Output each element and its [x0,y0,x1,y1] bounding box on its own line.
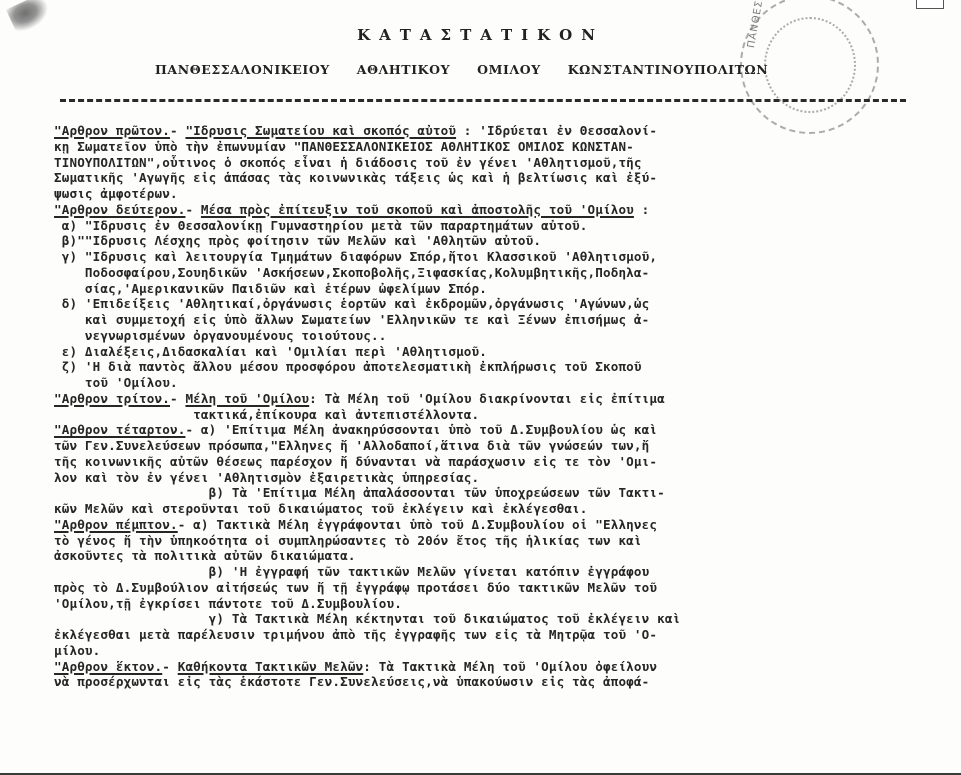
underlined-heading: "Ιδρυσις Σωματείου καὶ σκοπός αὐτοῦ [185,123,456,138]
text-segment: μίλου. [54,643,100,658]
underlined-heading: Καθήκοντα Τακτικῶν Μελῶν [178,659,364,674]
text-line: λον καὶ τὸν ἐν γένει 'Αθλητισμὸν ἐξαιρετ… [54,470,924,486]
text-segment: - α) 'Επίτιμα Μέλη ἀνακηρύσσονται ὑπὸ το… [185,422,657,437]
text-line: τὸ γένος ἤ τὴν ὑπηκοότητα οἱ συμπληρώσαν… [54,533,924,549]
text-line: "Αρθρον τέταρτον.- α) 'Επίτιμα Μέλη ἀνακ… [54,422,924,438]
text-segment: : Τὰ Τακτικὰ Μέλη τοῦ 'Ομίλου ὀφείλουν [363,659,657,674]
text-line: ζ) 'Η διὰ παντὸς ἄλλου μέσου προσφόρου ἀ… [54,359,924,375]
underlined-heading: "Αρθρον τρίτον. [54,391,170,406]
text-line: ε) Διαλέξεις,Διδασκαλίαι καὶ 'Ομιλίαι πε… [54,344,924,360]
text-segment: ζ) 'Η διὰ παντὸς ἄλλου μέσου προσφόρου ἀ… [54,359,642,374]
underlined-heading: "Αρθρον πέμπτον. [54,517,178,532]
text-segment: νὰ προσέρχωνται εἰς τὰς ἑκάστοτε Γεν.Συν… [54,674,649,689]
text-line: κῃ Σωματεῖον ὑπὸ τὴν ἐπωνυμίαν "ΠΑΝΘΕΣΣΑ… [54,139,924,155]
text-segment: - [185,202,200,217]
text-line: ψωσις ἀμφοτέρων. [54,186,924,202]
text-line: πρὸς τὸ Δ.Συμβούλιον αἰτήσεώς των ἤ τῇ ἐ… [54,580,924,596]
text-line: τοῦ 'Ομίλου. [54,375,924,391]
text-segment: σίας,'Αμερικανικῶν Παιδιῶν καὶ ἑτέρων ὠφ… [54,281,487,296]
text-segment: Ποδοσφαίρου,Σουηδικῶν 'Ασκήσεων,Σκοποβολ… [54,265,649,280]
text-segment: β) 'Η ἐγγραφή τῶν τακτικῶν Μελῶν γίνεται… [54,564,649,579]
text-line: ΤΙΝΟΥΠΟΛΙΤΩΝ",οὗτινος ὁ σκοπός εἶναι ἡ δ… [54,155,924,171]
document-subtitle: ΠΑΝΘΕΣΣΑΛΟΝΙΚΕΙΟΥ ΑΘΛΗΤΙΚΟΥ ΟΜΙΛΟΥ ΚΩΝΣΤ… [155,62,790,77]
text-segment: β) Τὰ 'Επίτιμα Μέλη ἀπαλάσσονται τῶν ὑπο… [54,485,665,500]
text-segment: τῶν Γεν.Συνελεύσεων πρόσωπα,"Ελληνες ἤ '… [54,438,649,453]
text-line: νὰ προσέρχωνται εἰς τὰς ἑκάστοτε Γεν.Συν… [54,674,924,690]
text-segment: : 'Ιδρύεται ἐν Θεσσαλονί- [456,123,657,138]
text-segment: ἀσκοῦντες τὰ πολιτικὰ αὐτῶν δικαιώματα. [54,548,356,563]
text-segment: κῃ Σωματεῖον ὑπὸ τὴν ἐπωνυμίαν "ΠΑΝΘΕΣΣΑ… [54,139,634,154]
text-line: δ) 'Επιδείξεις 'Αθλητικαί,ὀργάνωσις ἑορτ… [54,296,924,312]
text-line: "Αρθρον πρῶτον.- "Ιδρυσις Σωματείου καὶ … [54,123,924,139]
text-line: 'Ομίλου,τῇ ἐγκρίσει πάντοτε τοῦ Δ.Συμβου… [54,596,924,612]
text-line: β)""Ιδρυσις Λέσχης πρὸς φοίτησιν τῶν Μελ… [54,233,924,249]
underlined-heading: Μέλη τοῦ 'Ομίλου [185,391,309,406]
text-line: γ) Τὰ Τακτικὰ Μέλη κέκτηνται τοῦ δικαιώμ… [54,611,924,627]
text-line: νεγνωρισμένων ὀργανουμένους τοιούτους.. [54,328,924,344]
text-line: "Αρθρον δεύτερον.- Μέσα πρὸς ἐπίτευξιν τ… [54,202,924,218]
text-line: Σωματικῆς 'Αγωγῆς εἰς ἁπάσας τὰς κοινωνι… [54,170,924,186]
text-segment: καὶ συμμετοχή εἰς ὑπὸ ἄλλων Σωματείων 'Ε… [54,312,649,327]
text-segment: - [170,123,185,138]
corner-marker [916,0,944,9]
text-line: "Αρθρον τρίτον.- Μέλη τοῦ 'Ομίλου: Τὰ Μέ… [54,391,924,407]
text-line: καὶ συμμετοχή εἰς ὑπὸ ἄλλων Σωματείων 'Ε… [54,312,924,328]
text-segment: ε) Διαλέξεις,Διδασκαλίαι καὶ 'Ομιλίαι πε… [54,344,487,359]
text-line: ἐκλέγεσθαι μετὰ παρέλευσιν τριμήνου ἀπὸ … [54,627,924,643]
underlined-heading: "Αρθρον τέταρτον. [54,422,185,437]
text-segment: Σωματικῆς 'Αγωγῆς εἰς ἁπάσας τὰς κοινωνι… [54,170,657,185]
subtitle-word: ΠΑΝΘΕΣΣΑΛΟΝΙΚΕΙΟΥ [155,62,330,77]
text-segment: β)""Ιδρυσις Λέσχης πρὸς φοίτησιν τῶν Μελ… [54,233,541,248]
text-line: κῶν Μελῶν καὶ στεροῦνται τοῦ δικαιώματος… [54,501,924,517]
text-segment: λον καὶ τὸν ἐν γένει 'Αθλητισμὸν ἐξαιρετ… [54,470,479,485]
underlined-heading: "Αρθρον ἕκτον. [54,659,162,674]
text-line: "Αρθρον πέμπτον.- α) Τακτικὰ Μέλη ἐγγράφ… [54,517,924,533]
text-segment: - α) Τακτικὰ Μέλη ἐγγράφονται ὑπὸ τοῦ Δ.… [178,517,657,532]
subtitle-word: ΚΩΝΣΤΑΝΤΙΝΟΥΠΟΛΙΤΩΝ [568,62,769,77]
text-segment: α) "Ιδρυσις ἐν Θεσσαλονίκῃ Γυμναστηρίου … [54,218,588,233]
text-segment: τοῦ 'Ομίλου. [54,375,178,390]
text-line: σίας,'Αμερικανικῶν Παιδιῶν καὶ ἑτέρων ὠφ… [54,281,924,297]
statute-body-text: "Αρθρον πρῶτον.- "Ιδρυσις Σωματείου καὶ … [54,123,924,690]
text-segment: πρὸς τὸ Δ.Συμβούλιον αἰτήσεώς των ἤ τῇ ἐ… [54,580,657,595]
text-segment: 'Ομίλου,τῇ ἐγκρίσει πάντοτε τοῦ Δ.Συμβου… [54,596,402,611]
seal-inner-ring [764,17,856,113]
text-segment: : [634,202,649,217]
text-line: "Αρθρον ἕκτον.- Καθήκοντα Τακτικῶν Μελῶν… [54,659,924,675]
text-line: ἀσκοῦντες τὰ πολιτικὰ αὐτῶν δικαιώματα. [54,548,924,564]
text-line: β) 'Η ἐγγραφή τῶν τακτικῶν Μελῶν γίνεται… [54,564,924,580]
text-segment: - [162,659,177,674]
underlined-heading: Μέσα πρὸς ἐπίτευξιν τοῦ σκοποῦ καὶ ἀποστ… [201,202,634,217]
text-segment: κῶν Μελῶν καὶ στεροῦνται τοῦ δικαιώματος… [54,501,588,516]
underlined-heading: "Αρθρον δεύτερον. [54,202,185,217]
text-segment: γ) Τὰ Τακτικὰ Μέλη κέκτηνται τοῦ δικαιώμ… [54,611,680,626]
text-segment: ἐκλέγεσθαι μετὰ παρέλευσιν τριμήνου ἀπὸ … [54,627,657,642]
text-segment: νεγνωρισμένων ὀργανουμένους τοιούτους.. [54,328,386,343]
text-segment: γ) "Ιδρυσις καὶ λειτουργία Τμημάτων διαφ… [54,249,657,264]
text-line: γ) "Ιδρυσις καὶ λειτουργία Τμημάτων διαφ… [54,249,924,265]
text-line: β) Τὰ 'Επίτιμα Μέλη ἀπαλάσσονται τῶν ὑπο… [54,485,924,501]
text-segment: τὸ γένος ἤ τὴν ὑπηκοότητα οἱ συμπληρώσαν… [54,533,642,548]
text-segment: : Τὰ Μέλη τοῦ 'Ομίλου διακρίνονται εἰς ἐ… [309,391,665,406]
text-segment: ΤΙΝΟΥΠΟΛΙΤΩΝ",οὗτινος ὁ σκοπός εἶναι ἡ δ… [54,155,642,170]
text-segment: τακτικά,ἐπίκουρα καὶ ἀντεπιστέλλοντα. [54,407,479,422]
text-line: τακτικά,ἐπίκουρα καὶ ἀντεπιστέλλοντα. [54,407,924,423]
text-segment: τῆς κοινωνικῆς αὐτῶν θέσεως παρέσχον ἤ δ… [54,454,657,469]
text-segment: ψωσις ἀμφοτέρων. [54,186,178,201]
underlined-heading: "Αρθρον πρῶτον. [54,123,170,138]
text-segment: δ) 'Επιδείξεις 'Αθλητικαί,ὀργάνωσις ἑορτ… [54,296,649,311]
text-line: τῆς κοινωνικῆς αὐτῶν θέσεως παρέσχον ἤ δ… [54,454,924,470]
text-line: μίλου. [54,643,924,659]
subtitle-word: ΑΘΛΗΤΙΚΟΥ [357,62,450,77]
text-line: Ποδοσφαίρου,Σουηδικῶν 'Ασκήσεων,Σκοποβολ… [54,265,924,281]
text-line: α) "Ιδρυσις ἐν Θεσσαλονίκῃ Γυμναστηρίου … [54,218,924,234]
club-seal-stamp-icon: ΠΑΝΘΕΣΣΑΛΟΝΙΚΕΙΟΣ [740,0,879,134]
scanned-document-page: ΚΑΤΑΣΤΑΤΙΚΟΝ ΠΑΝΘΕΣΣΑΛΟΝΙΚΕΙΟΥ ΑΘΛΗΤΙΚΟΥ… [0,0,961,775]
subtitle-word: ΟΜΙΛΟΥ [477,62,541,77]
text-segment: - [170,391,185,406]
text-line: τῶν Γεν.Συνελεύσεων πρόσωπα,"Ελληνες ἤ '… [54,438,924,454]
